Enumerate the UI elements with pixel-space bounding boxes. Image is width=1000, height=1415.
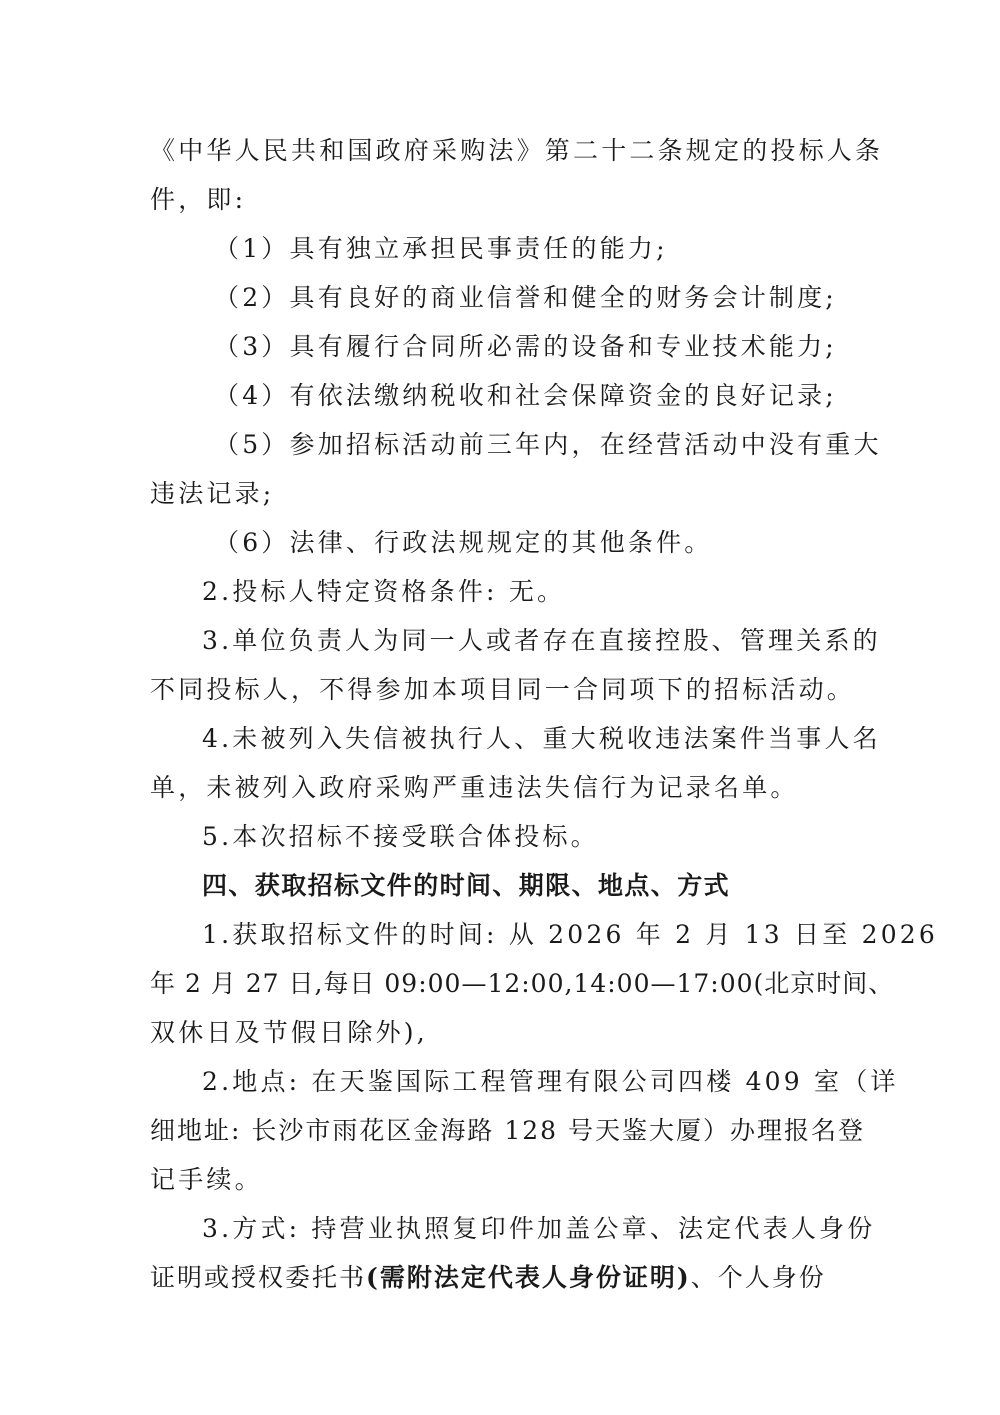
list-item: （6）法律、行政法规规定的其他条件。 bbox=[150, 518, 850, 567]
list-item: （1）具有独立承担民事责任的能力; bbox=[150, 224, 850, 273]
list-item: （2）具有良好的商业信誉和健全的财务会计制度; bbox=[150, 273, 850, 322]
text-line: 违法记录; bbox=[150, 469, 850, 518]
list-item: （3）具有履行合同所必需的设备和专业技术能力; bbox=[150, 322, 850, 371]
paragraph-start: 3.单位负责人为同一人或者存在直接控股、管理关系的 bbox=[150, 616, 850, 665]
text-span: 、个人身份 bbox=[691, 1263, 826, 1292]
paragraph-start: 2.投标人特定资格条件: 无。 bbox=[150, 567, 850, 616]
list-item: （4）有依法缴纳税收和社会保障资金的良好记录; bbox=[150, 371, 850, 420]
text-line: 《中华人民共和国政府采购法》第二十二条规定的投标人条 bbox=[150, 126, 850, 175]
bold-emphasis: (需附法定代表人身份证明) bbox=[366, 1263, 691, 1292]
text-line: 单，未被列入政府采购严重违法失信行为记录名单。 bbox=[150, 763, 850, 812]
paragraph-start: 1.获取招标文件的时间: 从 2026 年 2 月 13 日至 2026 bbox=[150, 910, 850, 959]
text-line: 件，即: bbox=[150, 175, 850, 224]
paragraph-start: 4.未被列入失信被执行人、重大税收违法案件当事人名 bbox=[150, 714, 850, 763]
text-line: 双休日及节假日除外), bbox=[150, 1008, 850, 1057]
text-line: 细地址: 长沙市雨花区金海路 128 号天鉴大厦）办理报名登 bbox=[150, 1106, 850, 1155]
list-item: （5）参加招标活动前三年内，在经营活动中没有重大 bbox=[150, 420, 850, 469]
section-heading: 四、获取招标文件的时间、期限、地点、方式 bbox=[150, 861, 850, 910]
document-page: 《中华人民共和国政府采购法》第二十二条规定的投标人条 件，即: （1）具有独立承… bbox=[150, 126, 850, 1302]
paragraph-start: 2.地点: 在天鉴国际工程管理有限公司四楼 409 室（详 bbox=[150, 1057, 850, 1106]
text-line-mixed: 证明或授权委托书(需附法定代表人身份证明)、个人身份 bbox=[150, 1253, 850, 1302]
text-line: 年 2 月 27 日,每日 09:00—12:00,14:00—17:00(北京… bbox=[150, 959, 850, 1008]
text-span: 证明或授权委托书 bbox=[150, 1263, 366, 1292]
text-line: 不同投标人，不得参加本项目同一合同项下的招标活动。 bbox=[150, 665, 850, 714]
paragraph-start: 3.方式: 持营业执照复印件加盖公章、法定代表人身份 bbox=[150, 1204, 850, 1253]
paragraph-start: 5.本次招标不接受联合体投标。 bbox=[150, 812, 850, 861]
text-line: 记手续。 bbox=[150, 1155, 850, 1204]
